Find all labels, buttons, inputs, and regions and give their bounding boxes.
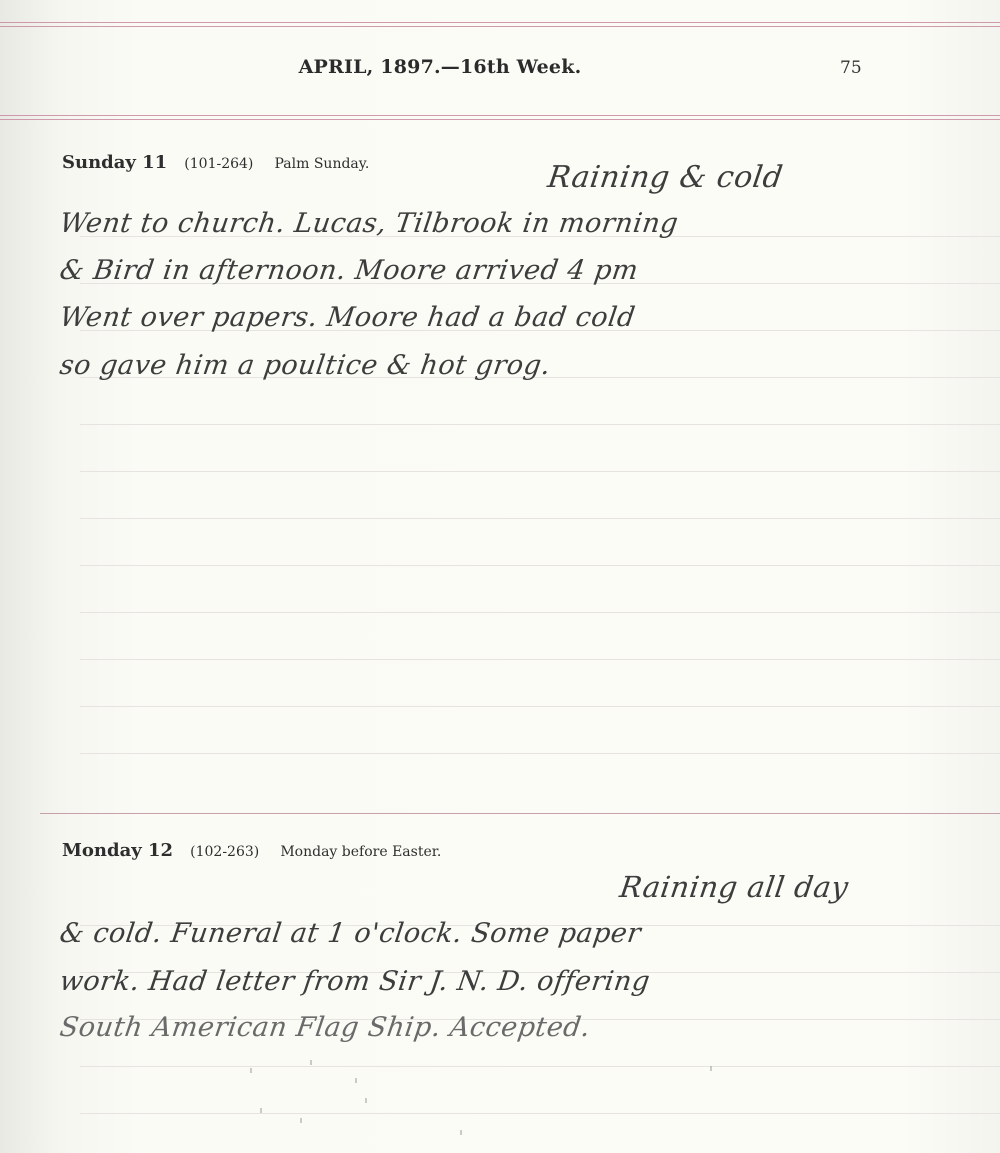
ruled-line	[80, 424, 1000, 425]
handwritten-line: so gave him a poultice & hot grog.	[58, 350, 553, 381]
ruled-line	[80, 753, 1000, 754]
handwritten-line: South American Flag Ship. Accepted.	[58, 1012, 593, 1043]
day-name: Sunday 11	[62, 152, 167, 173]
day-count: (102-263)	[190, 844, 259, 860]
day-note: Palm Sunday.	[275, 156, 370, 172]
ruled-line	[80, 659, 1000, 660]
ruled-line	[80, 471, 1000, 472]
handwritten-line: & Bird in afternoon. Moore arrived 4 pm	[58, 255, 641, 286]
day-note: Monday before Easter.	[280, 844, 441, 860]
page-number: 75	[840, 58, 862, 78]
diary-page: APRIL, 1897.—16th Week. 75 Sunday 11 (10…	[0, 0, 1000, 1153]
day-name: Monday 12	[62, 840, 173, 861]
header-bottom-double-rule	[0, 115, 1000, 120]
ruled-line	[80, 565, 1000, 566]
day-divider-rule	[40, 813, 1000, 814]
day-header-sunday: Sunday 11 (101-264) Palm Sunday.	[62, 152, 369, 173]
ruled-line	[80, 518, 1000, 519]
ink-specks	[240, 1060, 740, 1140]
handwritten-line: Went to church. Lucas, Tilbrook in morni…	[58, 208, 680, 239]
page-header-title: APRIL, 1897.—16th Week.	[0, 56, 940, 78]
handwritten-line: Raining all day	[618, 870, 851, 904]
ruled-line	[80, 706, 1000, 707]
day-header-monday: Monday 12 (102-263) Monday before Easter…	[62, 840, 441, 861]
handwritten-line: work. Had letter from Sir J. N. D. offer…	[58, 966, 652, 997]
day-count: (101-264)	[184, 156, 253, 172]
top-double-rule	[0, 22, 1000, 27]
handwritten-line: Raining & cold	[546, 160, 786, 195]
handwritten-line: & cold. Funeral at 1 o'clock. Some paper	[58, 918, 643, 949]
handwritten-line: Went over papers. Moore had a bad cold	[58, 302, 637, 333]
ruled-line	[80, 612, 1000, 613]
